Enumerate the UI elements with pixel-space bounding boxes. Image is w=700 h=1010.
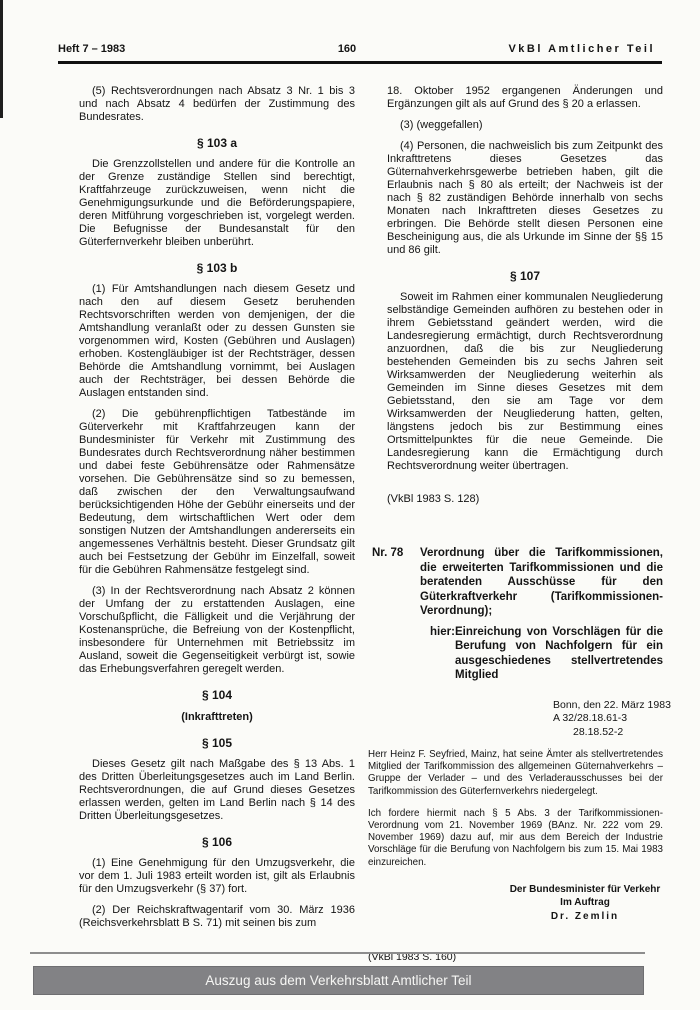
paragraph-103b-1: (1) Für Amtshandlungen nach diesem Geset… <box>79 283 355 400</box>
paragraph-103a: Die Grenzzollstellen und andere für die … <box>79 158 355 249</box>
paragraph-103b-3: (3) In der Rechtsverordnung nach Absatz … <box>79 585 355 676</box>
section-heading-104: § 104 <box>79 688 355 702</box>
left-column: (5) Rechtsverordnungen nach Absatz 3 Nr.… <box>79 85 355 930</box>
section-heading-103a: § 103 a <box>79 136 355 150</box>
section-subheading-104: (Inkrafttreten) <box>79 710 355 724</box>
header-journal-title: VkBl Amtlicher Teil <box>508 43 655 55</box>
section-heading-106: § 106 <box>79 835 355 849</box>
notice-title: Verordnung über die Tarifkommissionen, d… <box>420 546 663 619</box>
notice-reference-1: A 32/28.18.61-3 <box>553 712 663 726</box>
notice-date-block: Bonn, den 22. März 1983 A 32/28.18.61-3 … <box>553 699 663 740</box>
footer-rule <box>30 952 645 954</box>
footer-banner-text: Auszug aus dem Verkehrsblatt Amtlicher T… <box>205 973 471 988</box>
signature-block: Der Bundesminister für Verkehr Im Auftra… <box>470 883 700 924</box>
signature-name: Dr. Zemlin <box>470 910 700 924</box>
paragraph-abs5: (5) Rechtsverordnungen nach Absatz 3 Nr.… <box>79 85 355 124</box>
paragraph-107: Soweit im Rahmen einer kommunalen Neugli… <box>387 291 663 473</box>
footer-banner: Auszug aus dem Verkehrsblatt Amtlicher T… <box>33 966 644 995</box>
scan-edge-artifact <box>0 0 3 118</box>
section-heading-103b: § 103 b <box>79 261 355 275</box>
paragraph-106-2: (2) Der Reichskraftwagentarif vom 30. Mä… <box>79 904 355 930</box>
paragraph-106-4: (4) Personen, die nachweislich bis zum Z… <box>387 140 663 257</box>
paragraph-106-2-continued: 18. Oktober 1952 ergangenen Änderungen u… <box>387 85 663 111</box>
section-heading-107: § 107 <box>387 269 663 283</box>
notice-reference-2: 28.18.52-2 <box>553 726 663 740</box>
paragraph-103b-2: (2) Die gebührenpflichtigen Tatbestände … <box>79 408 355 577</box>
right-column: 18. Oktober 1952 ergangenen Änderungen u… <box>387 85 663 964</box>
source-reference-107: (VkBl 1983 S. 128) <box>387 493 663 506</box>
notice-body-1: Herr Heinz F. Seyfried, Mainz, hat seine… <box>368 749 663 798</box>
header-page-number: 160 <box>325 43 369 55</box>
notice-body-2: Ich fordere hiermit nach § 5 Abs. 3 der … <box>368 808 663 869</box>
notice-subject: Einreichung von Vorschlägen für die Beru… <box>455 625 663 683</box>
notice-heading: Nr. 78 Verordnung über die Tarifkommissi… <box>368 546 663 619</box>
notice-subject-row: hier: Einreichung von Vorschlägen für di… <box>430 625 663 683</box>
paragraph-106-3: (3) (weggefallen) <box>387 119 663 132</box>
notice-nr-78: Nr. 78 Verordnung über die Tarifkommissi… <box>368 546 663 964</box>
signature-order: Im Auftrag <box>470 896 700 910</box>
signature-organization: Der Bundesminister für Verkehr <box>470 883 700 897</box>
section-heading-105: § 105 <box>79 736 355 750</box>
notice-hier-label: hier: <box>430 625 455 683</box>
paragraph-105: Dieses Gesetz gilt nach Maßgabe des § 13… <box>79 758 355 823</box>
header-rule <box>58 61 662 64</box>
notice-number: Nr. 78 <box>368 546 420 619</box>
header-issue: Heft 7 – 1983 <box>58 43 125 55</box>
gazette-page: Heft 7 – 1983 160 VkBl Amtlicher Teil (5… <box>0 0 700 1010</box>
paragraph-106-1: (1) Eine Genehmigung für den Umzugsverke… <box>79 857 355 896</box>
notice-place-date: Bonn, den 22. März 1983 <box>553 699 663 713</box>
